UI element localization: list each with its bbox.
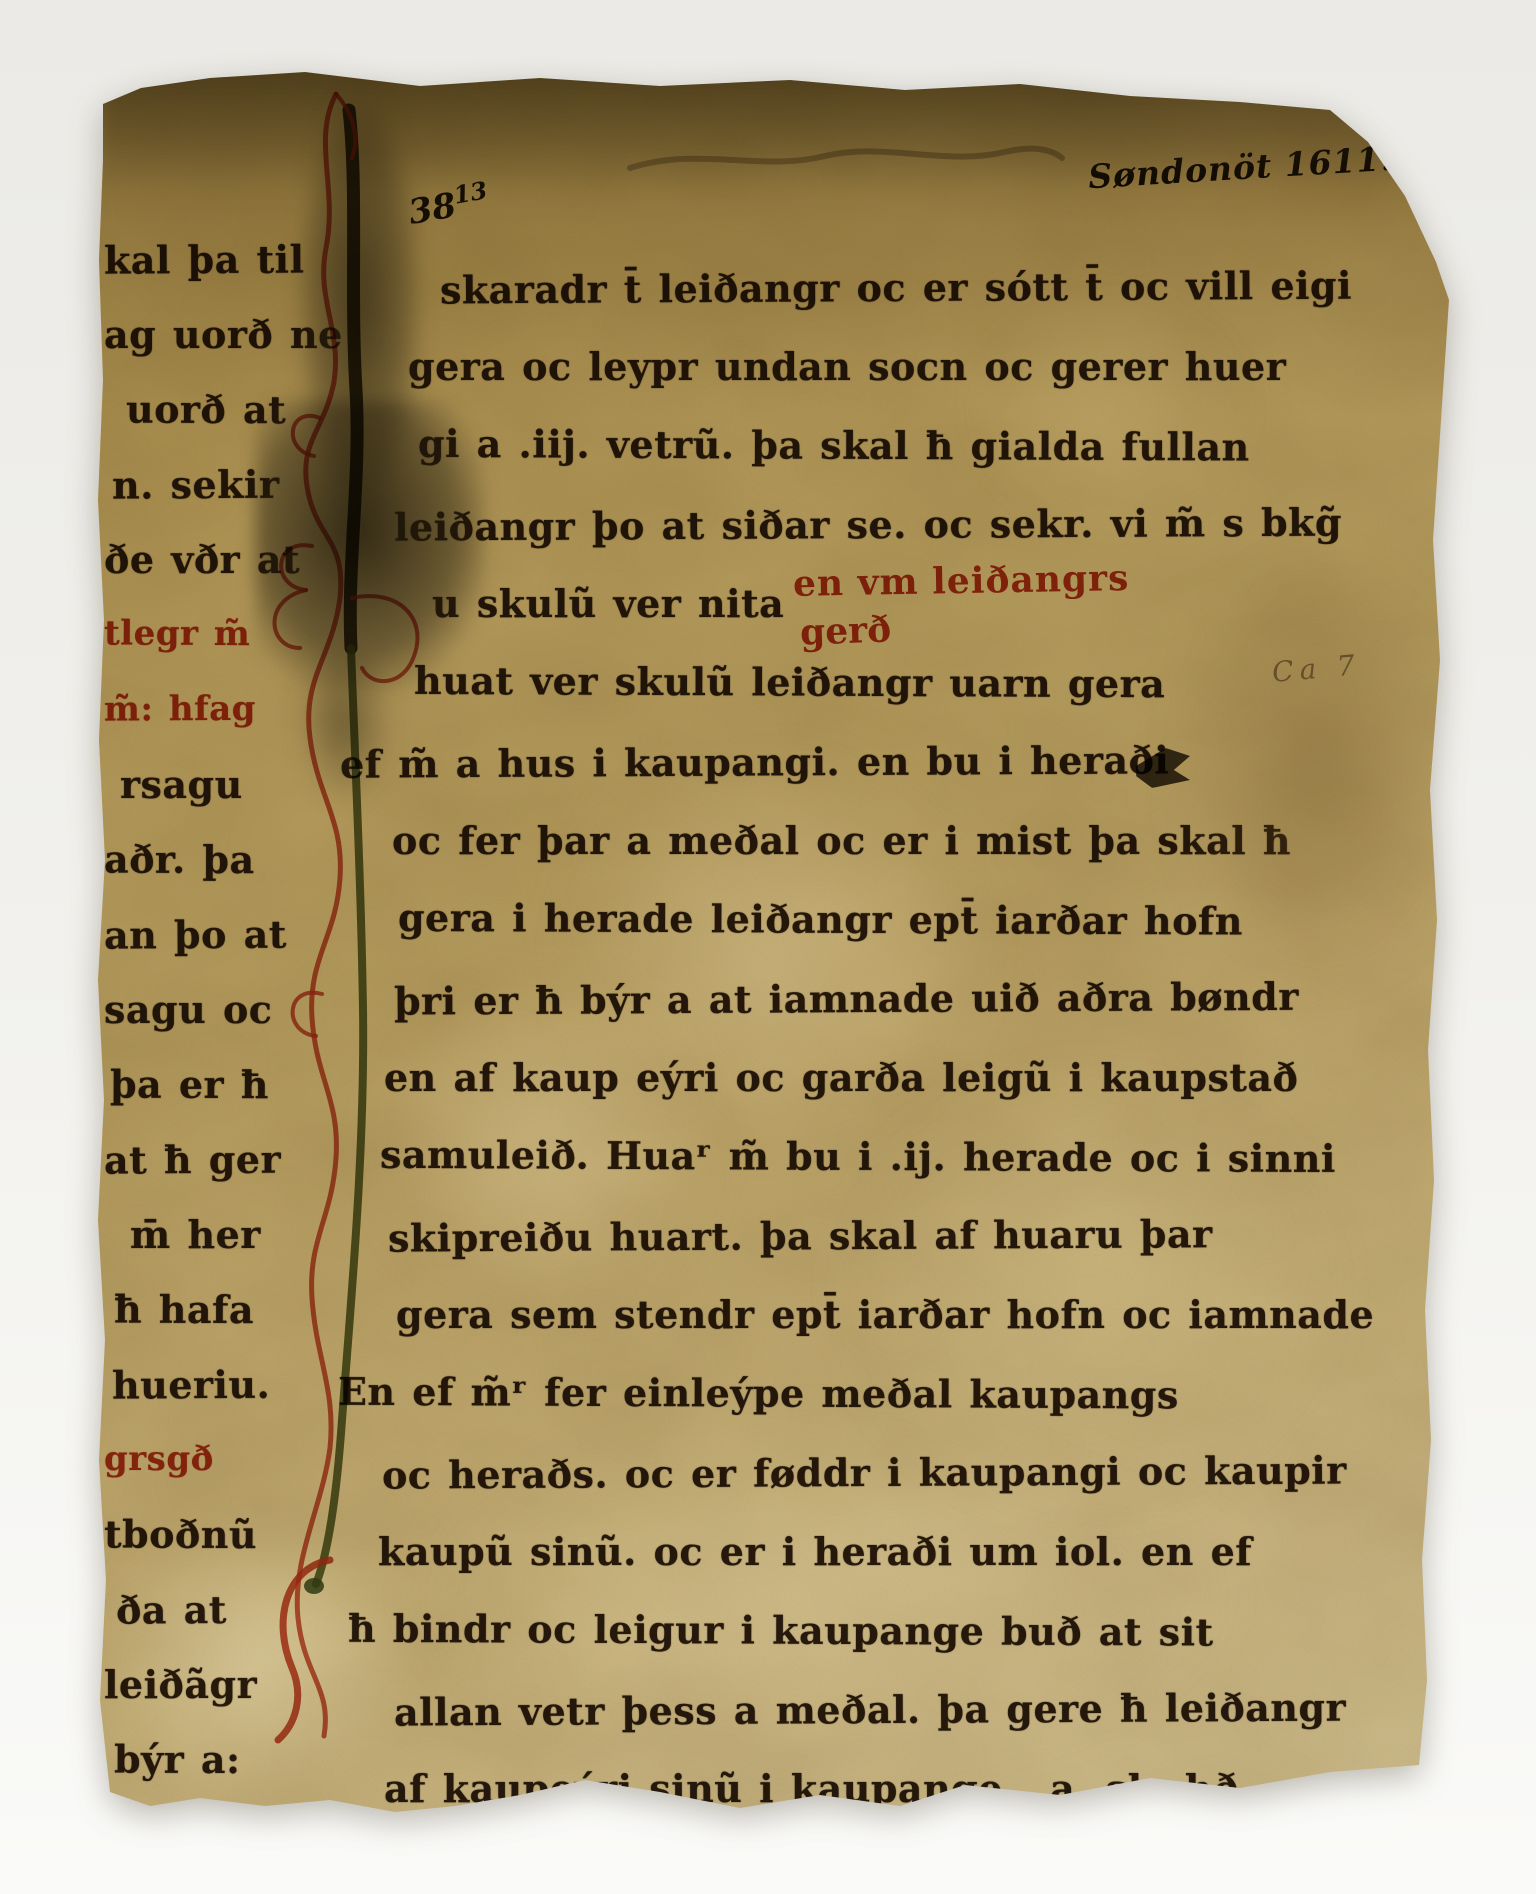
manuscript-line: oc fer þar a meðal oc er i mist þa skal … <box>392 801 1374 880</box>
manuscript-line: aðr. þa <box>104 821 343 897</box>
manuscript-line: ða at <box>116 1571 343 1647</box>
manuscript-line: an þo at <box>104 896 343 972</box>
parchment-surface: Søndonöt 1611. 3813 kal þa til ag uorð n… <box>0 0 1536 1894</box>
manuscript-line: tboðnũ <box>104 1496 343 1572</box>
main-text-column: skaradr t̄ leiðangr oc er sótt t̄ oc vil… <box>392 248 1374 1828</box>
manuscript-line: kal þa til <box>104 221 343 297</box>
manuscript-line: býr a: <box>114 1722 343 1798</box>
parchment-fragment: Søndonöt 1611. 3813 kal þa til ag uorð n… <box>0 0 1536 1894</box>
manuscript-line: rsagu <box>120 747 343 822</box>
manuscript-line: ef m̃ a hus i kaupangi. en bu i heraði <box>340 719 1375 803</box>
manuscript-line: n. sekir <box>112 446 343 522</box>
manuscript-line: ħ bindr oc leigur i kaupange buð at sit <box>348 1589 1375 1672</box>
manuscript-line: sagu oc <box>104 972 343 1047</box>
shelfmark-number: 3813 <box>405 175 492 233</box>
manuscript-line-rubric: grsgð <box>104 1422 343 1497</box>
owner-inscription-1611: Søndonöt 1611. <box>1087 139 1394 197</box>
manuscript-line: gera oc leypr undan socn oc gerer huer <box>408 327 1374 406</box>
manuscript-line: at ħ ger <box>104 1121 343 1197</box>
initial-stem-upper <box>349 110 357 648</box>
manuscript-line: en af kaup eýri oc garða leigũ i kaupsta… <box>384 1038 1374 1117</box>
manuscript-line: þri er ħ býr a at iamnade uið aðra bøndr <box>394 956 1375 1040</box>
manuscript-line: gera i herade leiðangr ept̄ iarðar hofn <box>398 878 1375 961</box>
manuscript-line: kaupũ sinũ. oc er i heraði um iol. en ef <box>378 1512 1374 1591</box>
manuscript-line: oc heraðs. oc er føddr i kaupangi oc kau… <box>382 1430 1375 1514</box>
faded-scribble <box>630 149 1062 168</box>
manuscript-line: m̄ her <box>130 1197 343 1272</box>
manuscript-line: huat ver skulũ leiðangr uarn gera <box>414 641 1375 724</box>
shelfmark-main: 38 <box>406 185 460 233</box>
manuscript-line: gi a .iij. vetrũ. þa skal ħ gialda fulla… <box>418 404 1375 487</box>
manuscript-line: ðe vðr at <box>104 522 343 597</box>
shelfmark-superscript: 13 <box>451 175 489 209</box>
manuscript-line: leiðãgr <box>104 1647 343 1722</box>
red-rubric-line-1: en vm leiðangrs <box>793 557 1130 605</box>
red-flourish-top-hook <box>336 94 355 158</box>
manuscript-line: skaradr t̄ leiðangr oc er sótt t̄ oc vil… <box>440 246 1375 330</box>
manuscript-line: En ef m̃ʳ fer einleýpe meðal kaupangs <box>338 1352 1375 1436</box>
manuscript-line: skipreiðu huart. þa skal af huaru þar <box>388 1193 1375 1277</box>
manuscript-line: allan vetr þess a meðal. þa gere ħ leiða… <box>394 1667 1375 1751</box>
manuscript-line: þa er ħ <box>110 1046 343 1122</box>
red-rubric-line-2: gerð <box>799 608 891 653</box>
manuscript-line: hueriu. <box>112 1346 343 1422</box>
manuscript-line: ag uorð ne <box>104 297 343 372</box>
manuscript-line-rubric: tlegr m̃ <box>104 596 343 672</box>
manuscript-line: gera sem stendr ept̄ iarðar hofn oc iamn… <box>396 1275 1374 1354</box>
manuscript-line: samuleið. Huaʳ m̃ bu i .ij. herade oc i … <box>380 1115 1375 1198</box>
left-text-column: kal þa til ag uorð ne uorð at n. sekir ð… <box>104 222 343 1797</box>
manuscript-line: ħ hafa <box>114 1272 343 1348</box>
manuscript-line: leiðangr þo at siðar se. oc sekr. vi m̃ … <box>394 482 1375 566</box>
manuscript-line: af kaupeýri sinũ i kaupange . a. sk. hð <box>384 1749 1374 1828</box>
photo-background: Søndonöt 1611. 3813 kal þa til ag uorð n… <box>0 0 1536 1894</box>
manuscript-line-rubric: m̃: hfag <box>104 671 343 747</box>
manuscript-line: uorð at <box>126 372 343 448</box>
